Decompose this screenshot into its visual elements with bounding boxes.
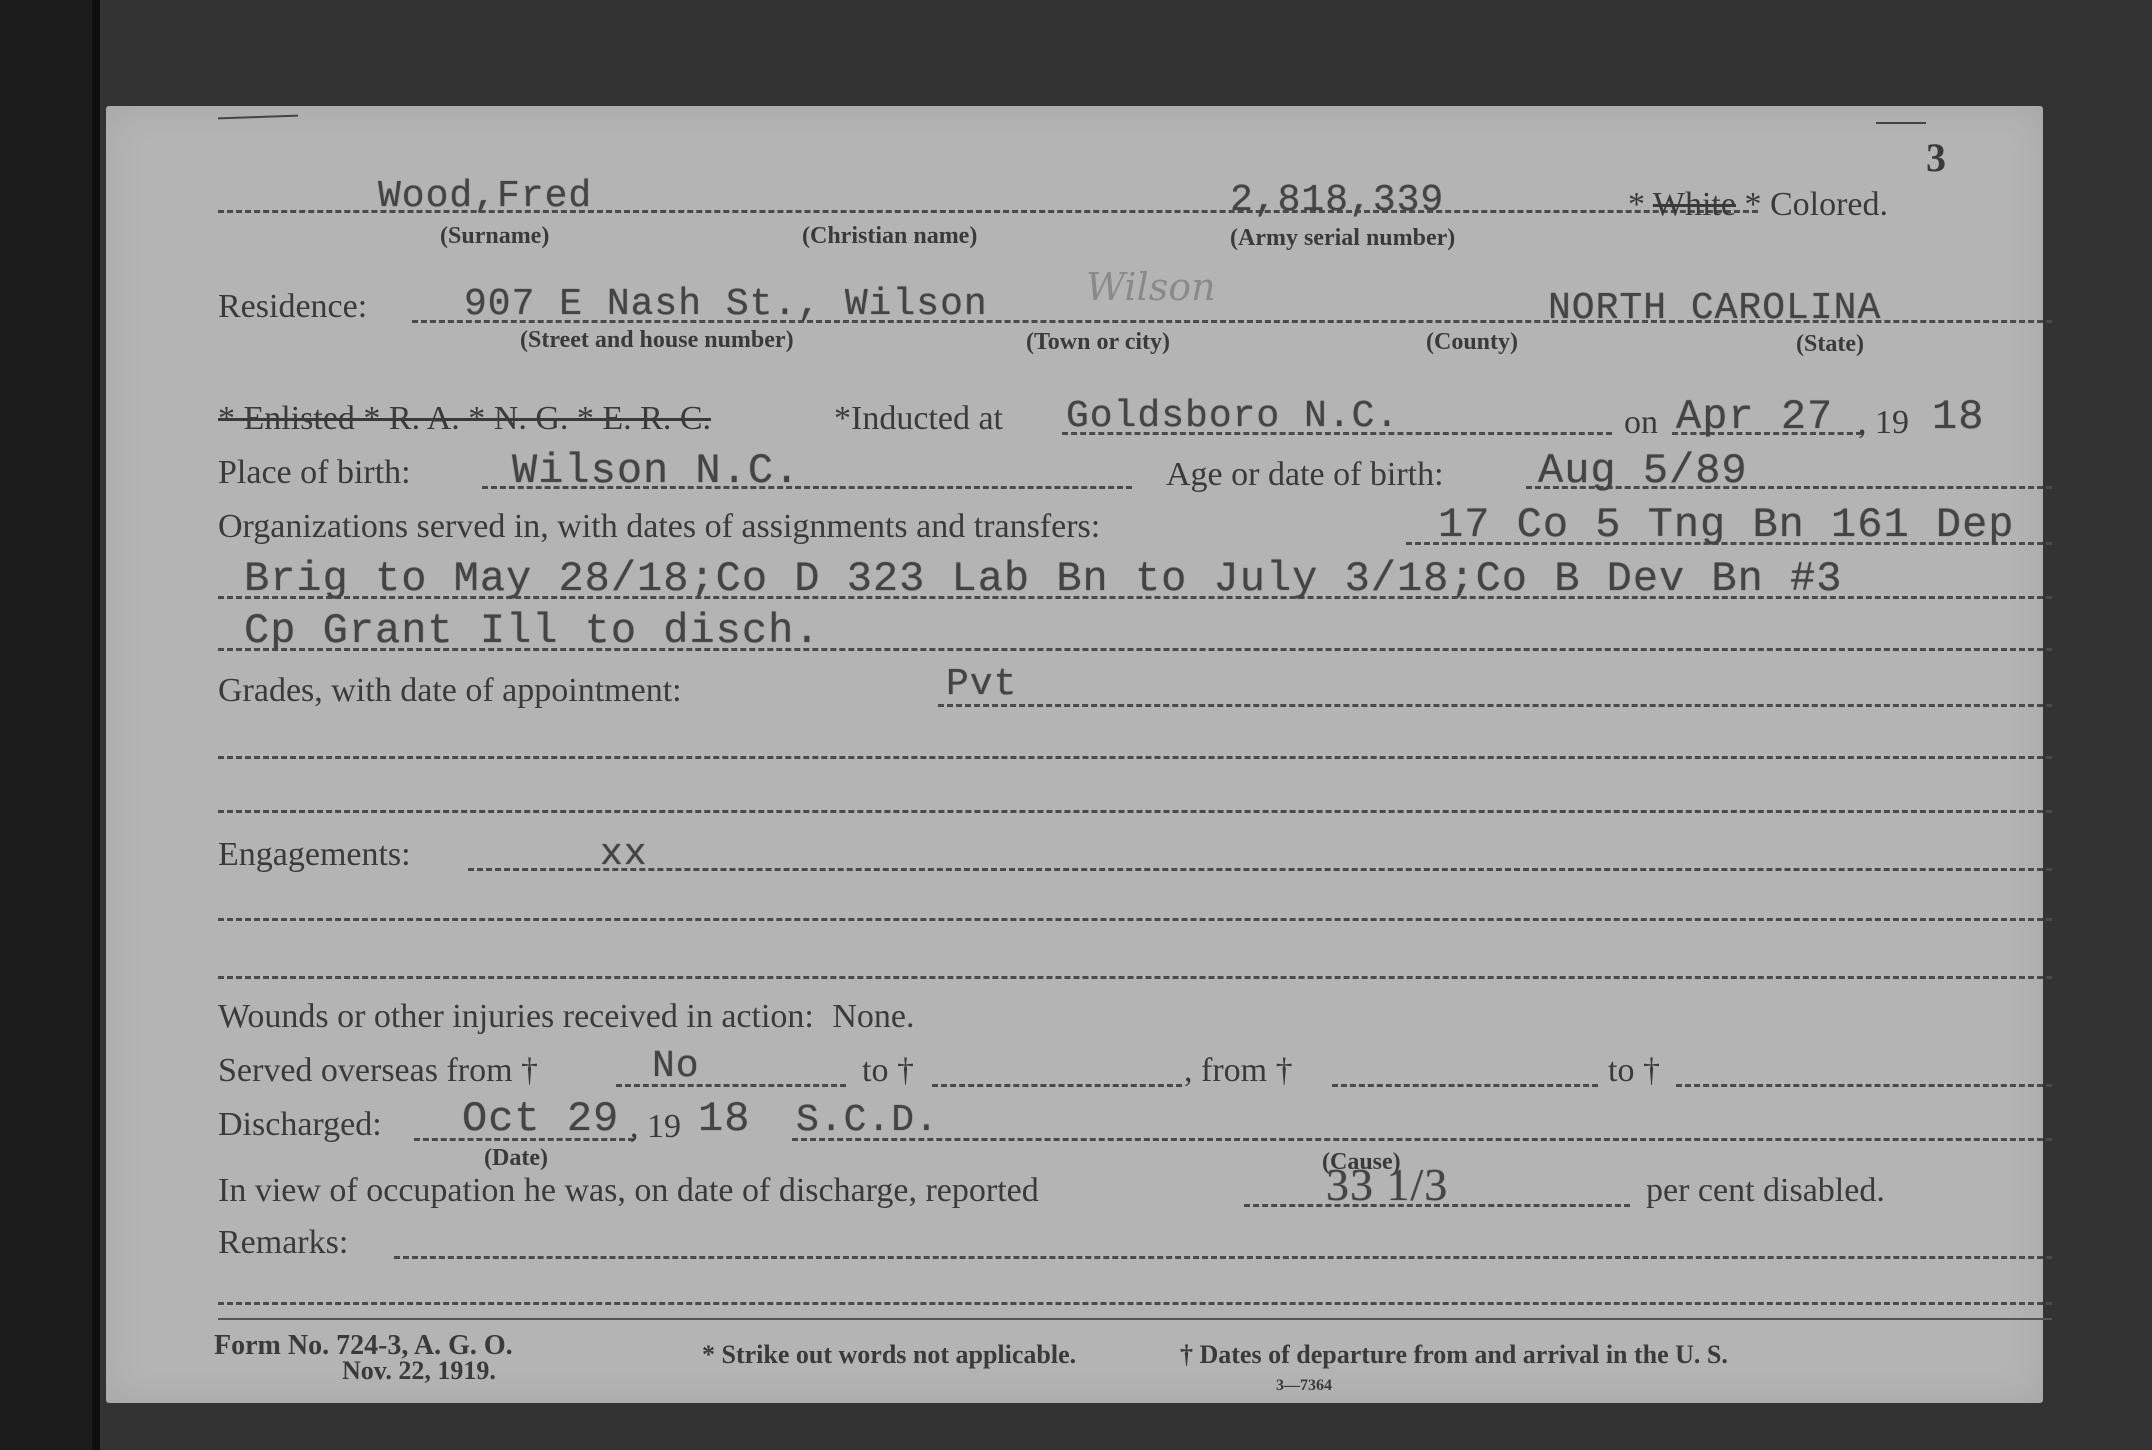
label-surname: (Surname): [440, 224, 549, 248]
disability-suffix: per cent disabled.: [1646, 1174, 1885, 1208]
overseas-from-line: [616, 1084, 846, 1087]
birthdate-label: Age or date of birth:: [1166, 458, 1444, 492]
overseas-from2-line: [1332, 1084, 1598, 1087]
organizations-line3: Cp Grant Ill to disch.: [244, 610, 821, 652]
overseas-from-value: No: [652, 1048, 700, 1086]
asterisk: *: [1628, 186, 1645, 223]
discharge-year-suffix: 18: [698, 1098, 750, 1140]
grade-value: Pvt: [946, 666, 1017, 704]
discharge-year-prefix: , 19: [630, 1110, 681, 1144]
engagements-line-2: [218, 918, 2052, 921]
organizations-label: Organizations served in, with dates of a…: [218, 510, 1100, 544]
army-serial-number: 2,818,339: [1230, 182, 1444, 220]
engagements-line-1: [468, 868, 2052, 871]
overseas-from2-label: , from †: [1184, 1054, 1293, 1088]
overseas-to-line: [932, 1084, 1182, 1087]
race-colored: Colored.: [1770, 186, 1888, 223]
race-white-struck: White: [1653, 186, 1736, 223]
birthplace: Wilson N.C.: [512, 450, 800, 492]
label-town: (Town or city): [1026, 330, 1170, 354]
label-army-serial: (Army serial number): [1230, 226, 1455, 250]
birthdate: Aug 5/89: [1538, 450, 1748, 492]
remarks-line-1: [394, 1256, 2052, 1259]
remarks-label: Remarks:: [218, 1226, 348, 1260]
discharged-label: Discharged:: [218, 1108, 382, 1142]
label-date: (Date): [484, 1146, 548, 1170]
grades-line-2: [218, 756, 2052, 759]
strike-out-note: * Strike out words not applicable.: [702, 1342, 1076, 1368]
page-number-mark: [1876, 122, 1926, 124]
grades-label: Grades, with date of appointment:: [218, 674, 682, 708]
induction-date: Apr 27: [1676, 396, 1833, 438]
engagements-label: Engagements:: [218, 838, 411, 872]
engagements-value: xx: [600, 836, 648, 874]
organizations-line1: 17 Co 5 Tng Bn 161 Dep: [1438, 504, 2015, 546]
induction-year-prefix: , 19: [1858, 406, 1909, 440]
label-county: (County): [1426, 330, 1518, 354]
service-record-card: 3 Wood,Fred 2,818,339 * White * Colored.…: [106, 106, 2043, 1403]
soldier-name: Wood,Fred: [378, 178, 592, 216]
residence-label: Residence:: [218, 290, 367, 324]
scanner-left-edge: [92, 0, 100, 1450]
residence-street: 907 E Nash St., Wilson: [464, 286, 988, 324]
on-label: on: [1624, 406, 1658, 440]
discharge-cause-line: [792, 1138, 2052, 1141]
grades-line-1: [938, 704, 2052, 707]
residence-handwritten-town: Wilson: [1086, 268, 1216, 306]
label-christian-name: (Christian name): [802, 224, 977, 248]
footer-rule: [218, 1318, 2052, 1320]
label-street: (Street and house number): [520, 328, 794, 352]
wounds-value: None.: [832, 998, 914, 1035]
inducted-at: Goldsboro N.C.: [1066, 398, 1399, 436]
form-date: Nov. 22, 1919.: [342, 1358, 496, 1384]
remarks-line-2: [218, 1302, 2052, 1305]
label-state: (State): [1796, 332, 1864, 356]
birthplace-label: Place of birth:: [218, 456, 411, 490]
organizations-line2: Brig to May 28/18;Co D 323 Lab Bn to Jul…: [244, 558, 1842, 600]
asterisk: *: [1744, 186, 1761, 223]
inducted-label: *Inducted at: [834, 402, 1003, 436]
overseas-to-label: to †: [862, 1054, 914, 1088]
residence-state: NORTH CAROLINA: [1548, 290, 1881, 328]
race-field: * White * Colored.: [1628, 188, 1888, 222]
engagements-line-3: [218, 976, 2052, 979]
disability-label: In view of occupation he was, on date of…: [218, 1174, 1039, 1208]
print-code: 3—7364: [1276, 1378, 1332, 1394]
grades-line-3: [218, 810, 2052, 813]
pencil-mark: [218, 115, 298, 120]
wounds-label: Wounds or other injuries received in act…: [218, 1000, 915, 1034]
page-number: 3: [1926, 138, 1946, 178]
wounds-label-text: Wounds or other injuries received in act…: [218, 998, 814, 1035]
overseas-to2-label: to †: [1608, 1054, 1660, 1088]
overseas-to2-line: [1676, 1084, 2052, 1087]
discharge-cause: S.C.D.: [796, 1102, 939, 1140]
scanner-left-strip: [0, 0, 92, 1450]
struck-enlistment-options: * Enlisted * R. A. * N. G. * E. R. C.: [218, 400, 711, 437]
dagger-note: † Dates of departure from and arrival in…: [1180, 1342, 1728, 1368]
enlistment-options-struck: * Enlisted * R. A. * N. G. * E. R. C.: [218, 402, 711, 436]
disability-percent: 33 1/3: [1326, 1162, 1448, 1208]
discharge-date: Oct 29: [462, 1098, 619, 1140]
induction-year-suffix: 18: [1932, 396, 1984, 438]
overseas-label: Served overseas from †: [218, 1054, 538, 1088]
